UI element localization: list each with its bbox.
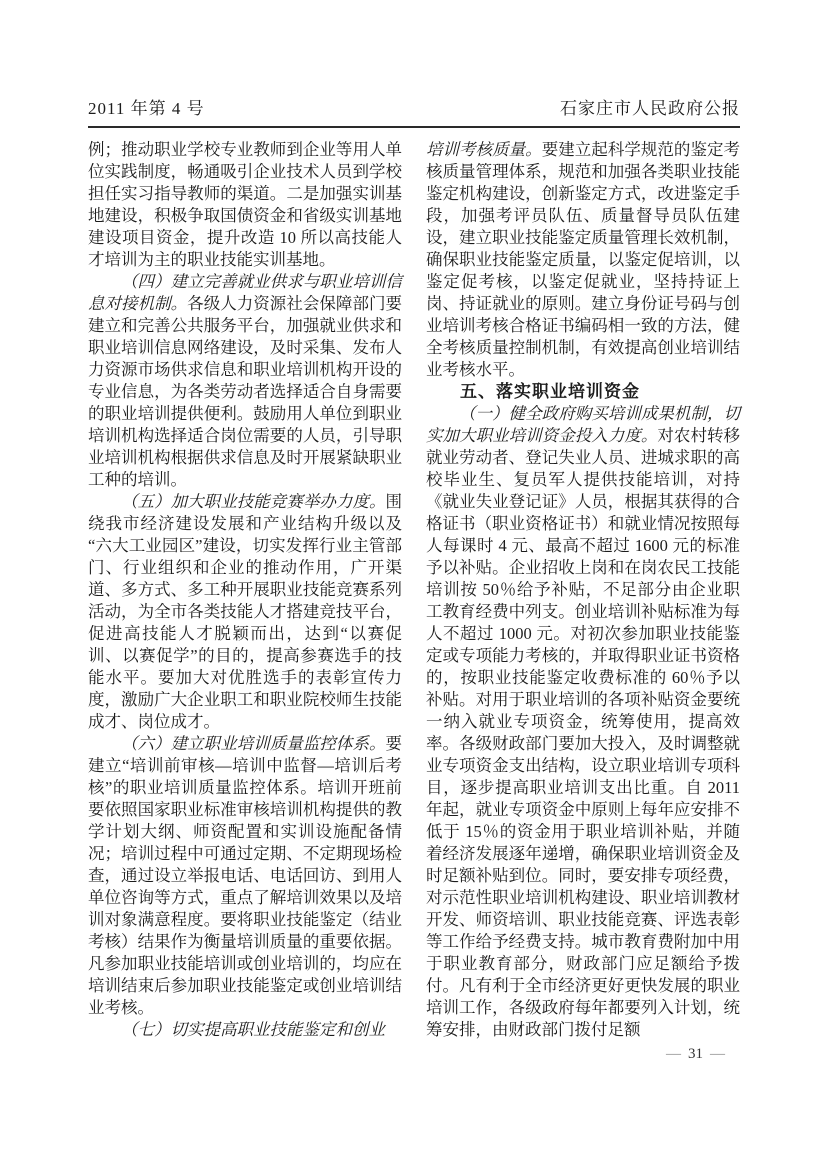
text-segment-kai: （七）切实提高职业技能鉴定和创业 xyxy=(121,1020,385,1039)
text-segment-kai: （五）加大职业技能竞赛举办力度。 xyxy=(121,492,386,511)
page-number: —31— xyxy=(659,1046,732,1062)
text-segment-normal: 例；推动职业学校专业教师到企业等用人单位实践制度，畅通吸引企业技术人员到学校担任… xyxy=(88,140,402,269)
text-segment-normal: 对农村转移就业劳动者、登记失业人员、进城求职的高校毕业生、复员军人提供技能培训，… xyxy=(426,426,740,1039)
paragraph: （一）健全政府购买培训成果机制，切实加大职业培训资金投入力度。对农村转移就业劳动… xyxy=(426,403,740,1041)
gazette-title: 石家庄市人民政府公报 xyxy=(560,94,740,119)
paragraph: （四）建立完善就业供求与职业培训信息对接机制。各级人力资源社会保障部门要建立和完… xyxy=(88,271,402,491)
paragraph: 例；推动职业学校专业教师到企业等用人单位实践制度，畅通吸引企业技术人员到学校担任… xyxy=(88,139,402,271)
left-column: 例；推动职业学校专业教师到企业等用人单位实践制度，畅通吸引企业技术人员到学校担任… xyxy=(88,139,402,1041)
document-body: 例；推动职业学校专业教师到企业等用人单位实践制度，畅通吸引企业技术人员到学校担任… xyxy=(88,139,740,1041)
section-heading: 五、落实职业培训资金 xyxy=(426,381,740,403)
paragraph: （六）建立职业培训质量监控体系。要建立“培训前审核—培训中监督—培训后考核”的职… xyxy=(88,733,402,1019)
text-segment-normal: 要建立起科学规范的鉴定考核质量管理体系，规范和加强各类职业技能鉴定机构建设，创新… xyxy=(426,140,740,379)
text-segment-kai: 培训考核质量。 xyxy=(426,140,542,159)
page-number-dash-right: — xyxy=(710,1046,725,1062)
right-column: 培训考核质量。要建立起科学规范的鉴定考核质量管理体系，规范和加强各类职业技能鉴定… xyxy=(426,139,740,1041)
text-segment-normal: 各级人力资源社会保障部门要建立和完善公共服务平台，加强就业供求和职业培训信息网络… xyxy=(88,294,402,489)
paragraph: （五）加大职业技能竞赛举办力度。围绕我市经济建设发展和产业结构升级以及“六大工业… xyxy=(88,491,402,733)
paragraph: 培训考核质量。要建立起科学规范的鉴定考核质量管理体系，规范和加强各类职业技能鉴定… xyxy=(426,139,740,381)
page-number-dash-left: — xyxy=(666,1046,681,1062)
page-footer: —31— xyxy=(88,1046,740,1063)
document-page: 2011 年第 4 号 石家庄市人民政府公报 例；推动职业学校专业教师到企业等用… xyxy=(0,0,826,1169)
text-segment-bold: 五、落实职业培训资金 xyxy=(460,382,640,401)
text-segment-kai: （六）建立职业培训质量监控体系。 xyxy=(121,734,386,753)
page-header: 2011 年第 4 号 石家庄市人民政府公报 xyxy=(88,94,740,128)
paragraph: （七）切实提高职业技能鉴定和创业 xyxy=(88,1019,402,1041)
page-number-value: 31 xyxy=(688,1046,703,1062)
text-segment-normal: 围绕我市经济建设发展和产业结构升级以及“六大工业园区”建设，切实发挥行业主管部门… xyxy=(88,492,402,731)
issue-number: 2011 年第 4 号 xyxy=(88,94,205,119)
text-segment-normal: 要建立“培训前审核—培训中监督—培训后考核”的职业培训质量监控体系。培训开班前要… xyxy=(88,734,402,1017)
